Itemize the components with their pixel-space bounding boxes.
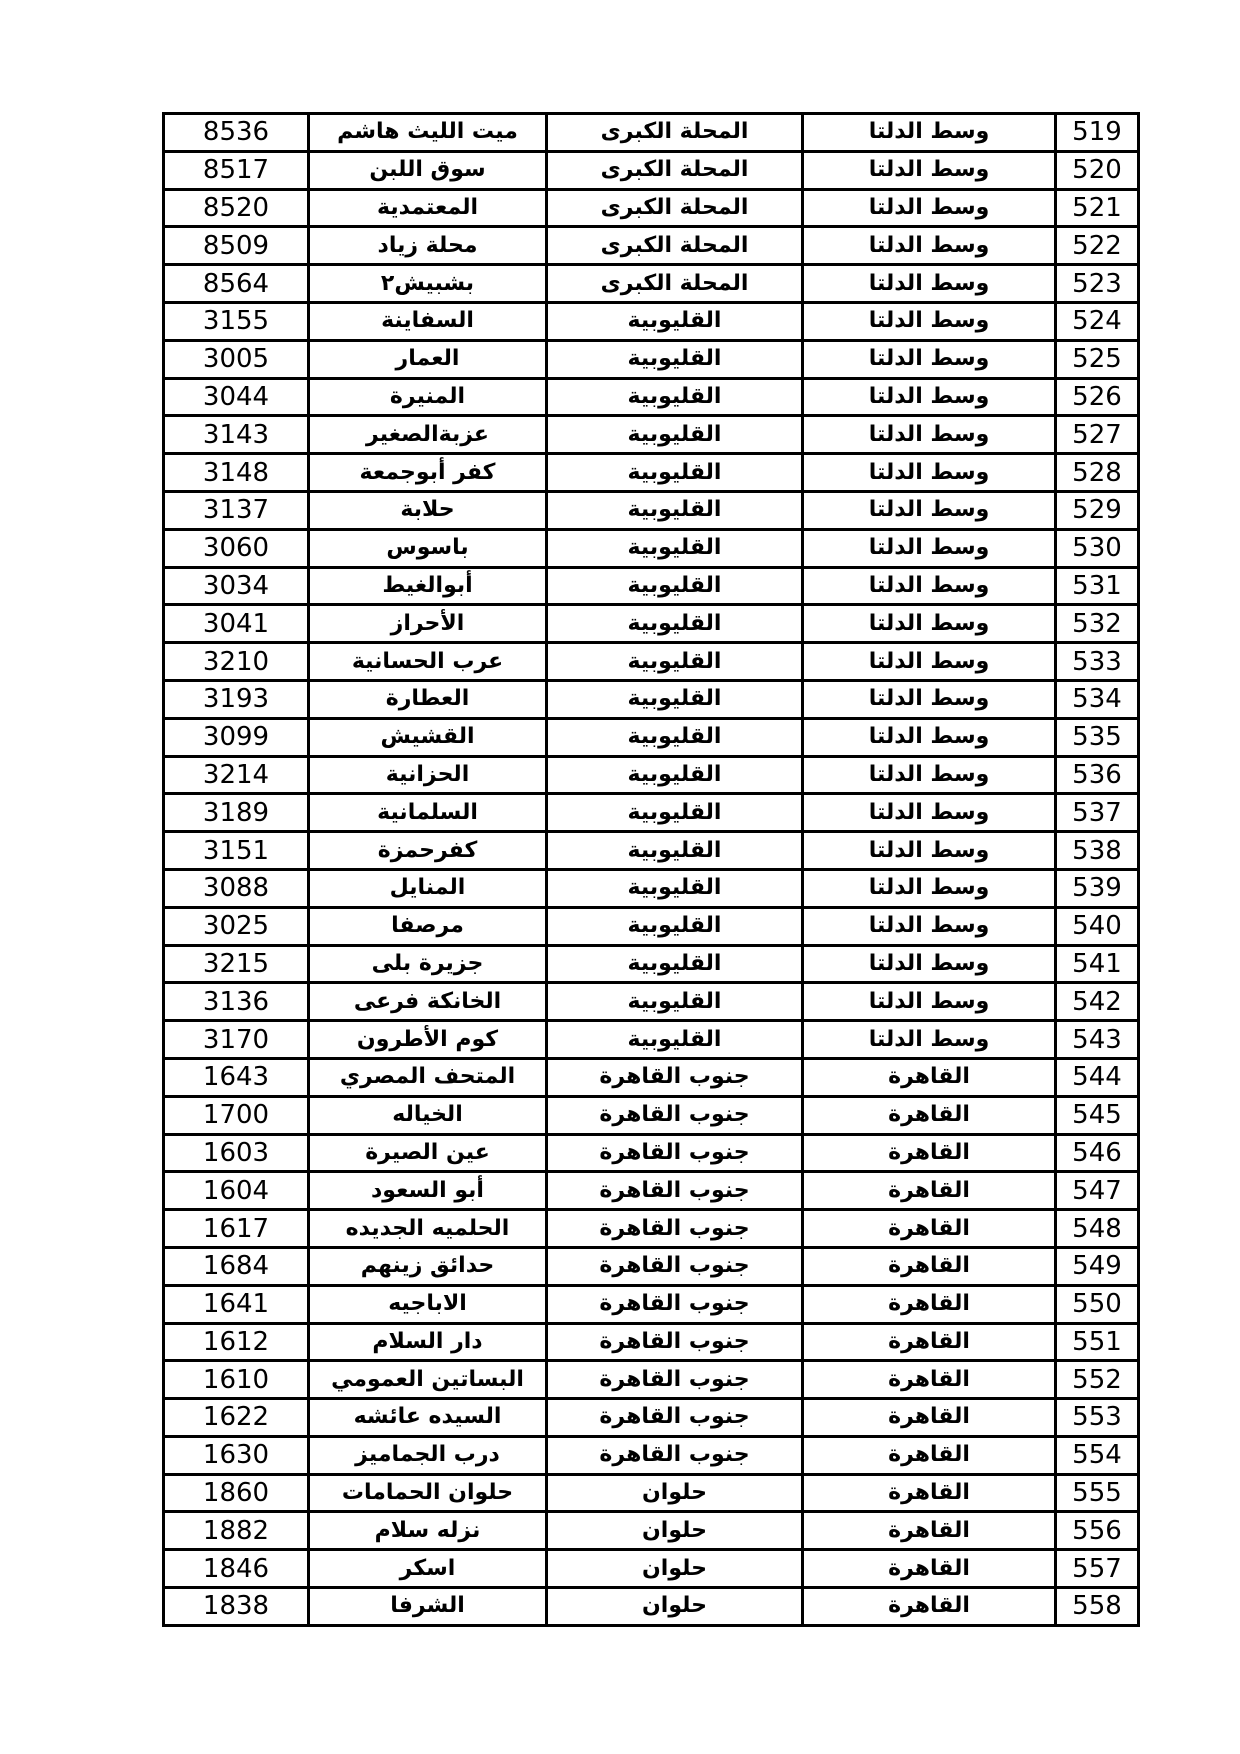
cell-region: القاهرة (803, 1172, 1056, 1210)
table-row: 540وسط الدلتاالقليوبيةمرصفا3025 (164, 907, 1139, 945)
cell-serial: 549 (1056, 1247, 1139, 1285)
cell-region: وسط الدلتا (803, 302, 1056, 340)
cell-region: وسط الدلتا (803, 265, 1056, 303)
cell-code: 3136 (164, 983, 309, 1021)
cell-serial: 542 (1056, 983, 1139, 1021)
cell-name: أبو السعود (309, 1172, 547, 1210)
cell-name: مرصفا (309, 907, 547, 945)
cell-serial: 522 (1056, 227, 1139, 265)
cell-name: البساتين العمومي (309, 1361, 547, 1399)
cell-code: 8517 (164, 151, 309, 189)
cell-region: القاهرة (803, 1134, 1056, 1172)
cell-district: القليوبية (547, 340, 803, 378)
cell-region: القاهرة (803, 1285, 1056, 1323)
cell-code: 8509 (164, 227, 309, 265)
cell-code: 1700 (164, 1096, 309, 1134)
cell-name: عزبةالصغير (309, 416, 547, 454)
table-row: 549القاهرةجنوب القاهرةحدائق زينهم1684 (164, 1247, 1139, 1285)
cell-code: 3137 (164, 491, 309, 529)
table-row: 521وسط الدلتاالمحلة الكبرىالمعتمدية8520 (164, 189, 1139, 227)
table-row: 546القاهرةجنوب القاهرةعين الصيرة1603 (164, 1134, 1139, 1172)
cell-code: 1610 (164, 1361, 309, 1399)
cell-serial: 531 (1056, 567, 1139, 605)
cell-region: وسط الدلتا (803, 945, 1056, 983)
cell-district: المحلة الكبرى (547, 189, 803, 227)
cell-district: القليوبية (547, 643, 803, 681)
cell-serial: 556 (1056, 1512, 1139, 1550)
cell-region: وسط الدلتا (803, 907, 1056, 945)
table-row: 519وسط الدلتاالمحلة الكبرىميت الليث هاشم… (164, 114, 1139, 152)
cell-district: القليوبية (547, 945, 803, 983)
cell-district: جنوب القاهرة (547, 1172, 803, 1210)
cell-code: 3060 (164, 529, 309, 567)
table-row: 530وسط الدلتاالقليوبيةباسوس3060 (164, 529, 1139, 567)
cell-region: وسط الدلتا (803, 529, 1056, 567)
cell-name: محلة زياد (309, 227, 547, 265)
cell-code: 3215 (164, 945, 309, 983)
cell-name: المعتمدية (309, 189, 547, 227)
table-row: 555القاهرةحلوانحلوان الحمامات1860 (164, 1474, 1139, 1512)
cell-name: درب الجماميز (309, 1436, 547, 1474)
cell-serial: 547 (1056, 1172, 1139, 1210)
cell-district: القليوبية (547, 794, 803, 832)
cell-district: المحلة الكبرى (547, 114, 803, 152)
table-row: 553القاهرةجنوب القاهرةالسيده عائشه1622 (164, 1399, 1139, 1437)
cell-name: السفاينة (309, 302, 547, 340)
cell-district: جنوب القاهرة (547, 1096, 803, 1134)
cell-district: جنوب القاهرة (547, 1134, 803, 1172)
cell-code: 3193 (164, 680, 309, 718)
cell-district: القليوبية (547, 567, 803, 605)
cell-name: السيده عائشه (309, 1399, 547, 1437)
cell-district: حلوان (547, 1588, 803, 1626)
cell-serial: 543 (1056, 1021, 1139, 1059)
cell-code: 3210 (164, 643, 309, 681)
cell-district: القليوبية (547, 1021, 803, 1059)
cell-district: المحلة الكبرى (547, 151, 803, 189)
cell-serial: 527 (1056, 416, 1139, 454)
cell-serial: 554 (1056, 1436, 1139, 1474)
cell-serial: 536 (1056, 756, 1139, 794)
cell-region: وسط الدلتا (803, 605, 1056, 643)
cell-serial: 537 (1056, 794, 1139, 832)
table-row: 545القاهرةجنوب القاهرةالخياله1700 (164, 1096, 1139, 1134)
cell-serial: 555 (1056, 1474, 1139, 1512)
cell-code: 1612 (164, 1323, 309, 1361)
cell-name: عرب الحسانية (309, 643, 547, 681)
cell-serial: 545 (1056, 1096, 1139, 1134)
cell-serial: 524 (1056, 302, 1139, 340)
cell-district: القليوبية (547, 605, 803, 643)
table-row: 538وسط الدلتاالقليوبيةكفرحمزة3151 (164, 832, 1139, 870)
cell-region: القاهرة (803, 1058, 1056, 1096)
cell-name: كفرحمزة (309, 832, 547, 870)
cell-district: جنوب القاهرة (547, 1247, 803, 1285)
cell-district: جنوب القاهرة (547, 1210, 803, 1248)
cell-serial: 528 (1056, 454, 1139, 492)
cell-serial: 533 (1056, 643, 1139, 681)
cell-region: وسط الدلتا (803, 378, 1056, 416)
cell-serial: 544 (1056, 1058, 1139, 1096)
table-row: 547القاهرةجنوب القاهرةأبو السعود1604 (164, 1172, 1139, 1210)
cell-district: جنوب القاهرة (547, 1058, 803, 1096)
cell-district: المحلة الكبرى (547, 227, 803, 265)
cell-name: حلابة (309, 491, 547, 529)
cell-serial: 541 (1056, 945, 1139, 983)
table-row: 520وسط الدلتاالمحلة الكبرىسوق اللبن8517 (164, 151, 1139, 189)
cell-serial: 538 (1056, 832, 1139, 870)
cell-region: وسط الدلتا (803, 114, 1056, 152)
cell-region: وسط الدلتا (803, 151, 1056, 189)
cell-region: القاهرة (803, 1550, 1056, 1588)
cell-serial: 530 (1056, 529, 1139, 567)
cell-region: وسط الدلتا (803, 983, 1056, 1021)
cell-district: حلوان (547, 1512, 803, 1550)
cell-region: وسط الدلتا (803, 794, 1056, 832)
cell-name: السلمانية (309, 794, 547, 832)
cell-code: 8564 (164, 265, 309, 303)
table-row: 543وسط الدلتاالقليوبيةكوم الأطرون3170 (164, 1021, 1139, 1059)
cell-name: الاباجيه (309, 1285, 547, 1323)
cell-region: وسط الدلتا (803, 1021, 1056, 1059)
cell-serial: 546 (1056, 1134, 1139, 1172)
table-row: 557القاهرةحلواناسكر1846 (164, 1550, 1139, 1588)
cell-region: وسط الدلتا (803, 491, 1056, 529)
cell-code: 1882 (164, 1512, 309, 1550)
cell-name: سوق اللبن (309, 151, 547, 189)
table-row: 532وسط الدلتاالقليوبيةالأحراز3041 (164, 605, 1139, 643)
cell-code: 1860 (164, 1474, 309, 1512)
cell-code: 1846 (164, 1550, 309, 1588)
table-row: 536وسط الدلتاالقليوبيةالحزانية3214 (164, 756, 1139, 794)
locations-table: 519وسط الدلتاالمحلة الكبرىميت الليث هاشم… (162, 112, 1140, 1627)
table-row: 541وسط الدلتاالقليوبيةجزيرة بلى3215 (164, 945, 1139, 983)
cell-region: القاهرة (803, 1474, 1056, 1512)
table-row: 535وسط الدلتاالقليوبيةالقشيش3099 (164, 718, 1139, 756)
document-page: { "page": { "background_color": "#ffffff… (0, 0, 1240, 1754)
cell-code: 1603 (164, 1134, 309, 1172)
cell-district: القليوبية (547, 718, 803, 756)
cell-serial: 551 (1056, 1323, 1139, 1361)
cell-code: 3005 (164, 340, 309, 378)
cell-district: القليوبية (547, 756, 803, 794)
cell-code: 3189 (164, 794, 309, 832)
cell-code: 3034 (164, 567, 309, 605)
cell-name: بشبيش٢ (309, 265, 547, 303)
cell-serial: 534 (1056, 680, 1139, 718)
table-row: 551القاهرةجنوب القاهرةدار السلام1612 (164, 1323, 1139, 1361)
table-row: 531وسط الدلتاالقليوبيةأبوالغيط3034 (164, 567, 1139, 605)
cell-district: جنوب القاهرة (547, 1436, 803, 1474)
cell-code: 3099 (164, 718, 309, 756)
table-row: 548القاهرةجنوب القاهرةالحلميه الجديده161… (164, 1210, 1139, 1248)
cell-name: ميت الليث هاشم (309, 114, 547, 152)
cell-serial: 526 (1056, 378, 1139, 416)
cell-district: القليوبية (547, 907, 803, 945)
table-row: 550القاهرةجنوب القاهرةالاباجيه1641 (164, 1285, 1139, 1323)
cell-code: 3148 (164, 454, 309, 492)
table-row: 523وسط الدلتاالمحلة الكبرىبشبيش٢8564 (164, 265, 1139, 303)
cell-code: 3044 (164, 378, 309, 416)
table-row: 537وسط الدلتاالقليوبيةالسلمانية3189 (164, 794, 1139, 832)
cell-code: 8520 (164, 189, 309, 227)
cell-district: حلوان (547, 1550, 803, 1588)
cell-district: القليوبية (547, 416, 803, 454)
cell-region: القاهرة (803, 1588, 1056, 1626)
cell-serial: 523 (1056, 265, 1139, 303)
cell-region: القاهرة (803, 1512, 1056, 1550)
cell-district: القليوبية (547, 983, 803, 1021)
cell-district: القليوبية (547, 680, 803, 718)
cell-district: القليوبية (547, 378, 803, 416)
cell-name: المتحف المصري (309, 1058, 547, 1096)
cell-district: حلوان (547, 1474, 803, 1512)
cell-serial: 525 (1056, 340, 1139, 378)
cell-district: جنوب القاهرة (547, 1285, 803, 1323)
cell-code: 1641 (164, 1285, 309, 1323)
cell-code: 1643 (164, 1058, 309, 1096)
cell-name: المنيرة (309, 378, 547, 416)
cell-district: القليوبية (547, 832, 803, 870)
cell-name: عين الصيرة (309, 1134, 547, 1172)
cell-code: 3143 (164, 416, 309, 454)
cell-name: الحزانية (309, 756, 547, 794)
cell-serial: 521 (1056, 189, 1139, 227)
table-body: 519وسط الدلتاالمحلة الكبرىميت الليث هاشم… (164, 114, 1139, 1626)
cell-code: 3151 (164, 832, 309, 870)
cell-region: وسط الدلتا (803, 454, 1056, 492)
cell-code: 8536 (164, 114, 309, 152)
cell-name: كفر أبوجمعة (309, 454, 547, 492)
cell-name: الحلميه الجديده (309, 1210, 547, 1248)
cell-serial: 553 (1056, 1399, 1139, 1437)
cell-name: الخانكة فرعى (309, 983, 547, 1021)
cell-name: المنايل (309, 869, 547, 907)
cell-region: القاهرة (803, 1436, 1056, 1474)
cell-region: وسط الدلتا (803, 718, 1056, 756)
cell-name: العمار (309, 340, 547, 378)
table-row: 533وسط الدلتاالقليوبيةعرب الحسانية3210 (164, 643, 1139, 681)
cell-code: 1622 (164, 1399, 309, 1437)
cell-name: أبوالغيط (309, 567, 547, 605)
table-row: 534وسط الدلتاالقليوبيةالعطارة3193 (164, 680, 1139, 718)
table-row: 528وسط الدلتاالقليوبيةكفر أبوجمعة3148 (164, 454, 1139, 492)
cell-district: القليوبية (547, 491, 803, 529)
table-row: 522وسط الدلتاالمحلة الكبرىمحلة زياد8509 (164, 227, 1139, 265)
cell-region: وسط الدلتا (803, 567, 1056, 605)
table-row: 542وسط الدلتاالقليوبيةالخانكة فرعى3136 (164, 983, 1139, 1021)
cell-code: 1604 (164, 1172, 309, 1210)
cell-region: وسط الدلتا (803, 189, 1056, 227)
cell-code: 1630 (164, 1436, 309, 1474)
cell-region: وسط الدلتا (803, 416, 1056, 454)
cell-region: وسط الدلتا (803, 340, 1056, 378)
cell-region: وسط الدلتا (803, 756, 1056, 794)
cell-serial: 529 (1056, 491, 1139, 529)
cell-region: وسط الدلتا (803, 832, 1056, 870)
cell-code: 3041 (164, 605, 309, 643)
cell-serial: 548 (1056, 1210, 1139, 1248)
cell-district: جنوب القاهرة (547, 1323, 803, 1361)
table-row: 544القاهرةجنوب القاهرةالمتحف المصري1643 (164, 1058, 1139, 1096)
cell-district: القليوبية (547, 302, 803, 340)
cell-region: القاهرة (803, 1247, 1056, 1285)
cell-name: العطارة (309, 680, 547, 718)
cell-code: 3025 (164, 907, 309, 945)
cell-serial: 539 (1056, 869, 1139, 907)
cell-name: اسكر (309, 1550, 547, 1588)
cell-code: 1684 (164, 1247, 309, 1285)
cell-region: القاهرة (803, 1323, 1056, 1361)
table-row: 552القاهرةجنوب القاهرةالبساتين العمومي16… (164, 1361, 1139, 1399)
cell-district: جنوب القاهرة (547, 1399, 803, 1437)
table-row: 529وسط الدلتاالقليوبيةحلابة3137 (164, 491, 1139, 529)
cell-region: وسط الدلتا (803, 643, 1056, 681)
table-row: 558القاهرةحلوانالشرفا1838 (164, 1588, 1139, 1626)
cell-region: وسط الدلتا (803, 680, 1056, 718)
cell-code: 1617 (164, 1210, 309, 1248)
table-row: 554القاهرةجنوب القاهرةدرب الجماميز1630 (164, 1436, 1139, 1474)
cell-region: القاهرة (803, 1399, 1056, 1437)
cell-district: القليوبية (547, 869, 803, 907)
cell-name: حلوان الحمامات (309, 1474, 547, 1512)
cell-name: الشرفا (309, 1588, 547, 1626)
cell-code: 3170 (164, 1021, 309, 1059)
cell-code: 3088 (164, 869, 309, 907)
cell-region: القاهرة (803, 1096, 1056, 1134)
cell-name: نزله سلام (309, 1512, 547, 1550)
cell-name: باسوس (309, 529, 547, 567)
cell-serial: 520 (1056, 151, 1139, 189)
cell-name: كوم الأطرون (309, 1021, 547, 1059)
cell-district: المحلة الكبرى (547, 265, 803, 303)
cell-name: الأحراز (309, 605, 547, 643)
cell-name: الخياله (309, 1096, 547, 1134)
cell-region: القاهرة (803, 1210, 1056, 1248)
cell-serial: 535 (1056, 718, 1139, 756)
table-row: 525وسط الدلتاالقليوبيةالعمار3005 (164, 340, 1139, 378)
cell-name: حدائق زينهم (309, 1247, 547, 1285)
cell-region: القاهرة (803, 1361, 1056, 1399)
table-row: 556القاهرةحلواننزله سلام1882 (164, 1512, 1139, 1550)
cell-serial: 540 (1056, 907, 1139, 945)
cell-district: جنوب القاهرة (547, 1361, 803, 1399)
cell-name: جزيرة بلى (309, 945, 547, 983)
cell-serial: 532 (1056, 605, 1139, 643)
cell-region: وسط الدلتا (803, 227, 1056, 265)
cell-code: 3214 (164, 756, 309, 794)
cell-serial: 519 (1056, 114, 1139, 152)
table-row: 526وسط الدلتاالقليوبيةالمنيرة3044 (164, 378, 1139, 416)
cell-district: القليوبية (547, 529, 803, 567)
table-row: 527وسط الدلتاالقليوبيةعزبةالصغير3143 (164, 416, 1139, 454)
cell-code: 1838 (164, 1588, 309, 1626)
cell-district: القليوبية (547, 454, 803, 492)
table-row: 524وسط الدلتاالقليوبيةالسفاينة3155 (164, 302, 1139, 340)
table-row: 539وسط الدلتاالقليوبيةالمنايل3088 (164, 869, 1139, 907)
cell-region: وسط الدلتا (803, 869, 1056, 907)
cell-code: 3155 (164, 302, 309, 340)
cell-serial: 558 (1056, 1588, 1139, 1626)
cell-serial: 557 (1056, 1550, 1139, 1588)
cell-serial: 552 (1056, 1361, 1139, 1399)
cell-name: دار السلام (309, 1323, 547, 1361)
cell-serial: 550 (1056, 1285, 1139, 1323)
cell-name: القشيش (309, 718, 547, 756)
